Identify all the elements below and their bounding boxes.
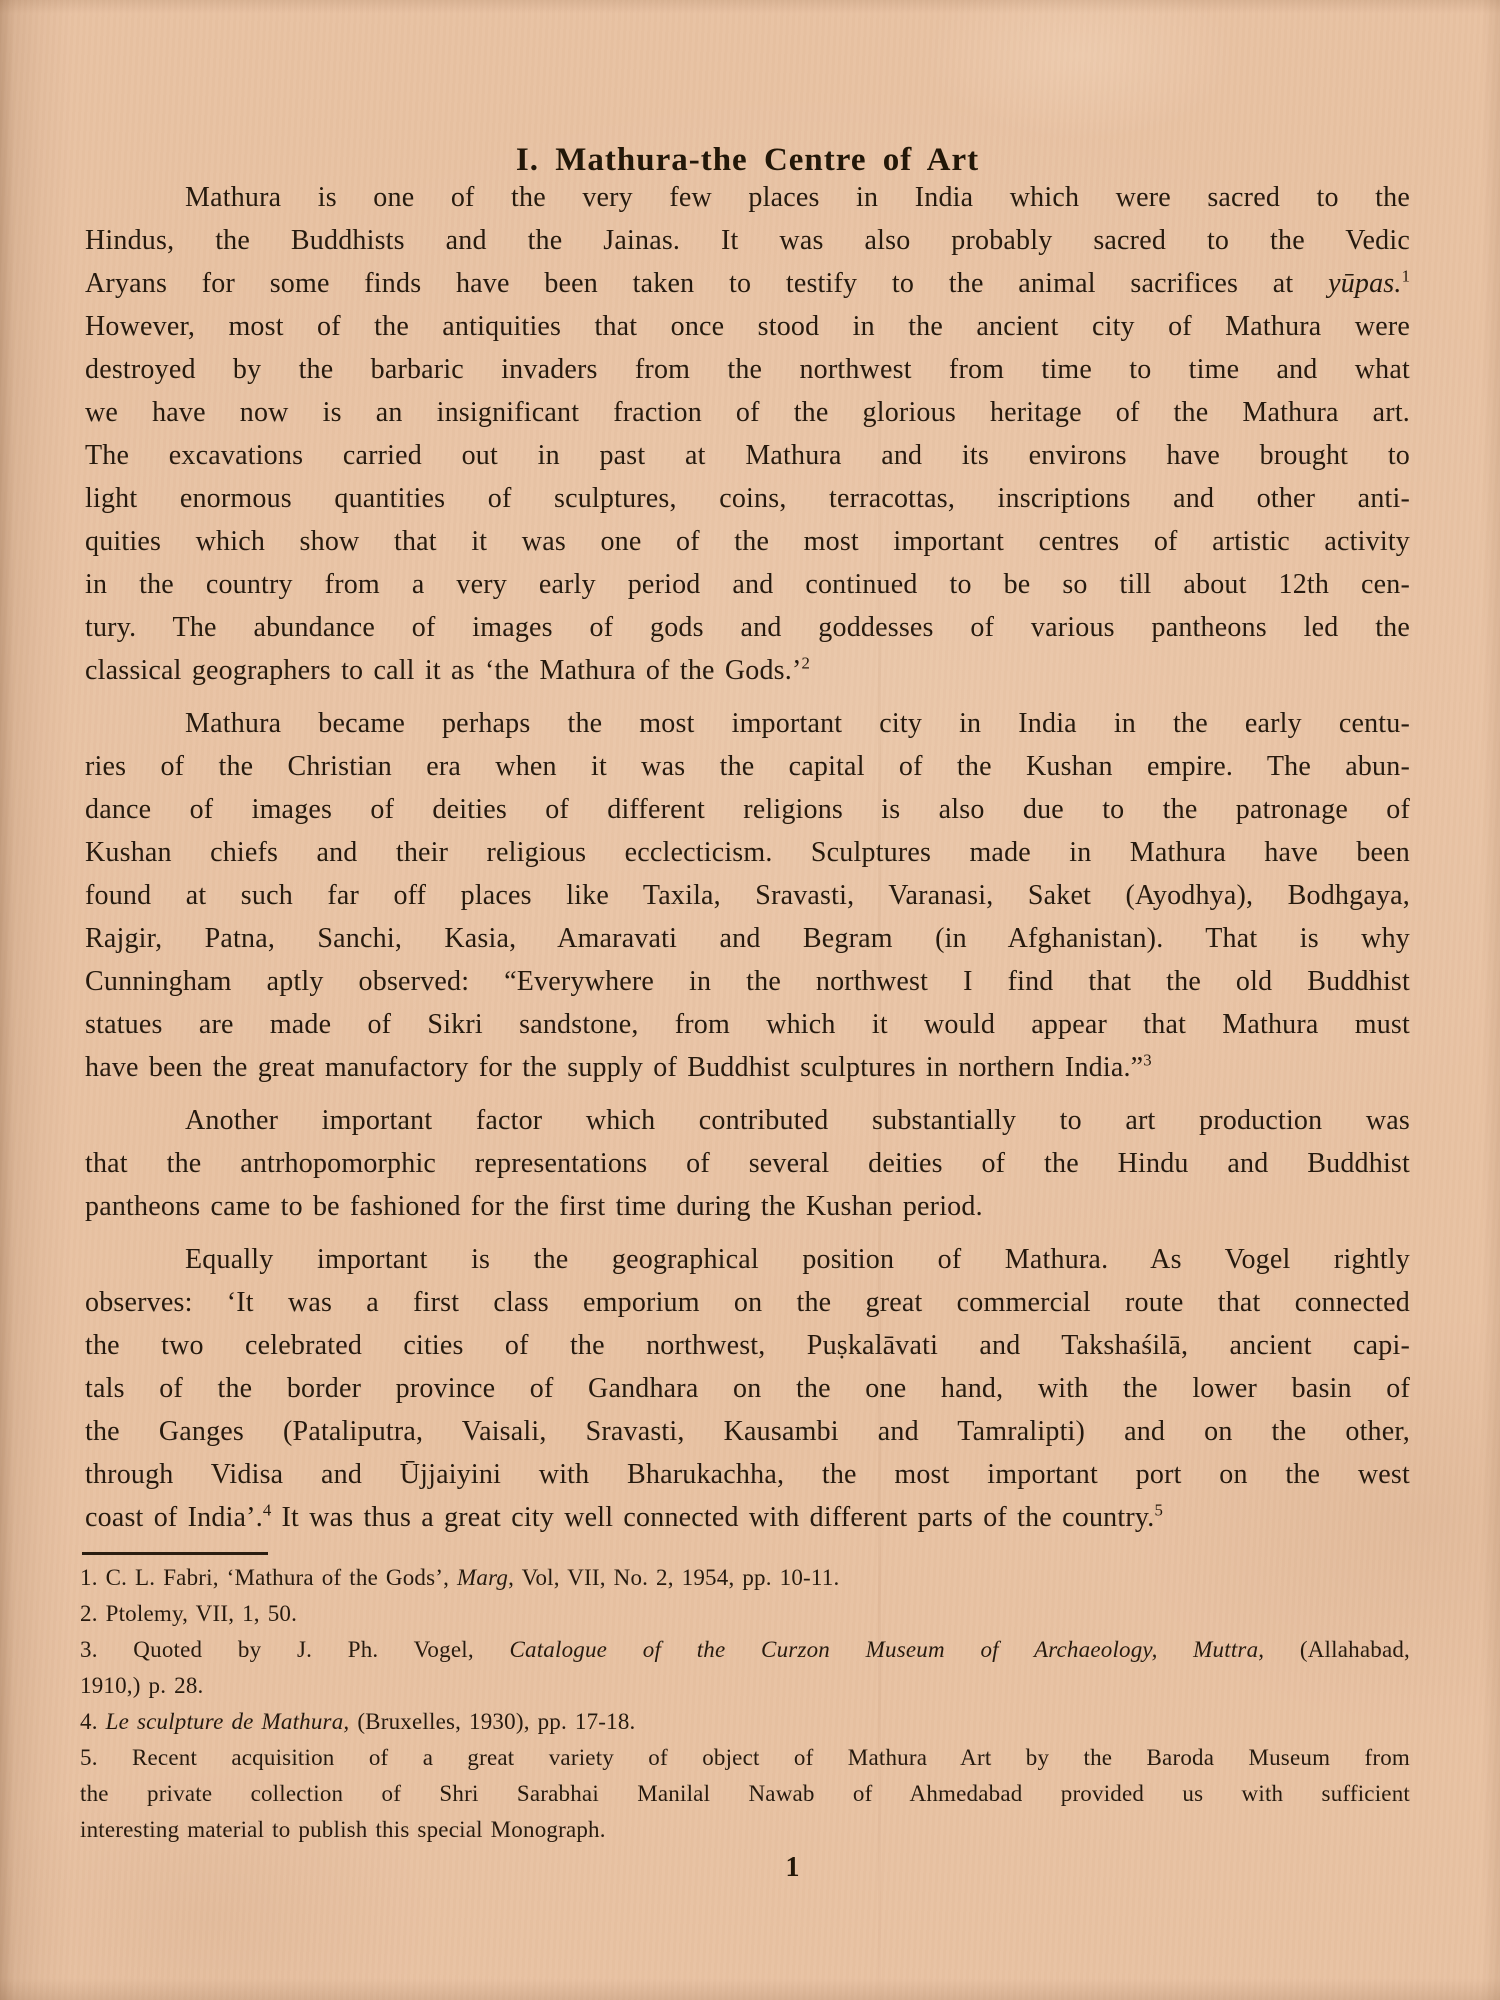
text-segment: through Vidisa and Ūjjaiyini with Bharuk… <box>85 1459 1410 1490</box>
text-line: quities which show that it was one of th… <box>85 520 1410 563</box>
text-line: classical geographers to call it as ‘the… <box>85 649 1410 692</box>
text-line: However, most of the antiquities that on… <box>85 305 1410 348</box>
text-segment: Mathura is one of the very few places in… <box>185 182 1410 213</box>
text-line: Another important factor which contribut… <box>85 1099 1410 1142</box>
text-line: Rajgir, Patna, Sanchi, Kasia, Amaravati … <box>85 917 1410 960</box>
text-segment: Aryans for some finds have been taken to… <box>85 268 1328 299</box>
text-line: pantheons came to be fashioned for the f… <box>85 1185 1410 1228</box>
text-segment: observes: ‘It was a first class emporium… <box>85 1287 1410 1318</box>
text-line: The excavations carried out in past at M… <box>85 434 1410 477</box>
text-segment: It was thus a great city well connected … <box>271 1502 1154 1533</box>
text-segment: yūpas. <box>1328 268 1402 299</box>
text-line: Cunningham aptly observed: “Everywhere i… <box>85 960 1410 1003</box>
text-segment: have been the great manufactory for the … <box>85 1052 1143 1083</box>
text-line: tals of the border province of Gandhara … <box>85 1367 1410 1410</box>
text-line: through Vidisa and Ūjjaiyini with Bharuk… <box>85 1453 1410 1496</box>
text-line: interesting material to publish this spe… <box>80 1812 1410 1848</box>
text-line: that the antrhopomorphic representations… <box>85 1142 1410 1185</box>
text-line: light enormous quantities of sculptures,… <box>85 477 1410 520</box>
text-segment: 1. C. L. Fabri, ‘Mathura of the Gods’, <box>80 1565 457 1590</box>
text-line: 3. Quoted by J. Ph. Vogel, Catalogue of … <box>80 1632 1410 1668</box>
footnote-marker: 1 <box>1402 267 1410 286</box>
text-segment: Rajgir, Patna, Sanchi, Kasia, Amaravati … <box>85 923 1410 954</box>
footnote-separator-rule <box>82 1552 268 1555</box>
text-segment: Catalogue of the Curzon Museum of Archae… <box>509 1637 1264 1662</box>
text-segment: the Ganges (Pataliputra, Vaisali, Sravas… <box>85 1416 1410 1447</box>
text-line: the two celebrated cities of the northwe… <box>85 1324 1410 1367</box>
text-line: dance of images of deities of different … <box>85 788 1410 831</box>
text-line: Kushan chiefs and their religious ecclec… <box>85 831 1410 874</box>
body-paragraph: Equally important is the geographical po… <box>85 1238 1410 1539</box>
text-segment: Equally important is the geographical po… <box>185 1244 1410 1275</box>
text-segment: Kushan chiefs and their religious ecclec… <box>85 837 1410 868</box>
text-segment: (Bruxelles, 1930), pp. 17-18. <box>349 1709 635 1734</box>
footnote-marker: 5 <box>1154 1501 1162 1520</box>
footnote-marker: 3 <box>1143 1051 1151 1070</box>
chapter-title: I. Mathura-the Centre of Art <box>85 142 1410 179</box>
text-line: the Ganges (Pataliputra, Vaisali, Sravas… <box>85 1410 1410 1453</box>
text-segment: found at such far off places like Taxila… <box>85 880 1410 911</box>
text-line: Mathura became perhaps the most importan… <box>85 702 1410 745</box>
body-paragraph: Another important factor which contribut… <box>85 1099 1410 1228</box>
text-line: found at such far off places like Taxila… <box>85 874 1410 917</box>
text-segment: in the country from a very early period … <box>85 569 1410 600</box>
text-segment: the private collection of Shri Sarabhai … <box>80 1781 1410 1806</box>
text-segment: the two celebrated cities of the northwe… <box>85 1330 1410 1361</box>
text-segment: dance of images of deities of different … <box>85 794 1410 825</box>
text-line: destroyed by the barbaric invaders from … <box>85 348 1410 391</box>
footnote: 1. C. L. Fabri, ‘Mathura of the Gods’, M… <box>80 1560 1410 1596</box>
text-line: 1. C. L. Fabri, ‘Mathura of the Gods’, M… <box>80 1560 1410 1596</box>
text-line: 5. Recent acquisition of a great variety… <box>80 1740 1410 1776</box>
footnote-marker: 2 <box>802 654 810 673</box>
body-paragraph: Mathura is one of the very few places in… <box>85 176 1410 692</box>
text-line: the private collection of Shri Sarabhai … <box>80 1776 1410 1812</box>
text-segment: statues are made of Sikri sandstone, fro… <box>85 1009 1410 1040</box>
text-segment: destroyed by the barbaric invaders from … <box>85 354 1410 385</box>
text-segment: 3. Quoted by J. Ph. Vogel, <box>80 1637 509 1662</box>
text-segment: Marg <box>457 1565 508 1590</box>
text-line: we have now is an insignificant fraction… <box>85 391 1410 434</box>
text-segment: pantheons came to be fashioned for the f… <box>85 1191 983 1222</box>
text-line: tury. The abundance of images of gods an… <box>85 606 1410 649</box>
text-line: statues are made of Sikri sandstone, fro… <box>85 1003 1410 1046</box>
text-segment: classical geographers to call it as ‘the… <box>85 655 802 686</box>
text-segment: tals of the border province of Gandhara … <box>85 1373 1410 1404</box>
text-line: coast of India’.4 It was thus a great ci… <box>85 1496 1410 1539</box>
text-segment: that the antrhopomorphic representations… <box>85 1148 1410 1179</box>
footnote: 3. Quoted by J. Ph. Vogel, Catalogue of … <box>80 1632 1410 1704</box>
text-segment: quities which show that it was one of th… <box>85 526 1410 557</box>
text-segment: coast of India’. <box>85 1502 263 1533</box>
text-segment: 2. Ptolemy, VII, 1, 50. <box>80 1601 297 1626</box>
text-line: 2. Ptolemy, VII, 1, 50. <box>80 1596 1410 1632</box>
footnote: 5. Recent acquisition of a great variety… <box>80 1740 1410 1848</box>
text-segment: The excavations carried out in past at M… <box>85 440 1410 471</box>
body-text-block: Mathura is one of the very few places in… <box>85 176 1410 1548</box>
text-line: Aryans for some finds have been taken to… <box>85 262 1410 305</box>
text-segment: ries of the Christian era when it was th… <box>85 751 1410 782</box>
text-segment: Mathura became perhaps the most importan… <box>185 708 1410 739</box>
text-line: Hindus, the Buddhists and the Jainas. It… <box>85 219 1410 262</box>
footnotes-block: 1. C. L. Fabri, ‘Mathura of the Gods’, M… <box>80 1560 1410 1848</box>
text-line: 4. Le sculpture de Mathura, (Bruxelles, … <box>80 1704 1410 1740</box>
text-segment: light enormous quantities of sculptures,… <box>85 483 1410 514</box>
text-segment: (Allahabad, <box>1264 1637 1410 1662</box>
text-segment: Le sculpture de Mathura, <box>106 1709 350 1734</box>
text-line: ries of the Christian era when it was th… <box>85 745 1410 788</box>
text-segment: 5. Recent acquisition of a great variety… <box>80 1745 1410 1770</box>
text-segment: tury. The abundance of images of gods an… <box>85 612 1410 643</box>
text-line: 1910,) p. 28. <box>80 1668 1410 1704</box>
text-segment: Hindus, the Buddhists and the Jainas. It… <box>85 225 1410 256</box>
text-segment: However, most of the antiquities that on… <box>85 311 1410 342</box>
footnote: 4. Le sculpture de Mathura, (Bruxelles, … <box>80 1704 1410 1740</box>
text-line: observes: ‘It was a first class emporium… <box>85 1281 1410 1324</box>
text-line: in the country from a very early period … <box>85 563 1410 606</box>
text-segment: 1910,) p. 28. <box>80 1673 204 1698</box>
text-segment: , Vol, VII, No. 2, 1954, pp. 10-11. <box>508 1565 839 1590</box>
text-line: Mathura is one of the very few places in… <box>85 176 1410 219</box>
text-segment: Cunningham aptly observed: “Everywhere i… <box>85 966 1410 997</box>
text-segment: interesting material to publish this spe… <box>80 1817 606 1842</box>
text-line: have been the great manufactory for the … <box>85 1046 1410 1089</box>
book-page-scan: I. Mathura-the Centre of Art Mathura is … <box>0 0 1500 2000</box>
text-segment: we have now is an insignificant fraction… <box>85 397 1410 428</box>
text-line: Equally important is the geographical po… <box>85 1238 1410 1281</box>
page-number: 1 <box>130 1852 1455 1884</box>
text-segment: 4. <box>80 1709 106 1734</box>
text-segment: Another important factor which contribut… <box>185 1105 1410 1136</box>
body-paragraph: Mathura became perhaps the most importan… <box>85 702 1410 1089</box>
footnote: 2. Ptolemy, VII, 1, 50. <box>80 1596 1410 1632</box>
